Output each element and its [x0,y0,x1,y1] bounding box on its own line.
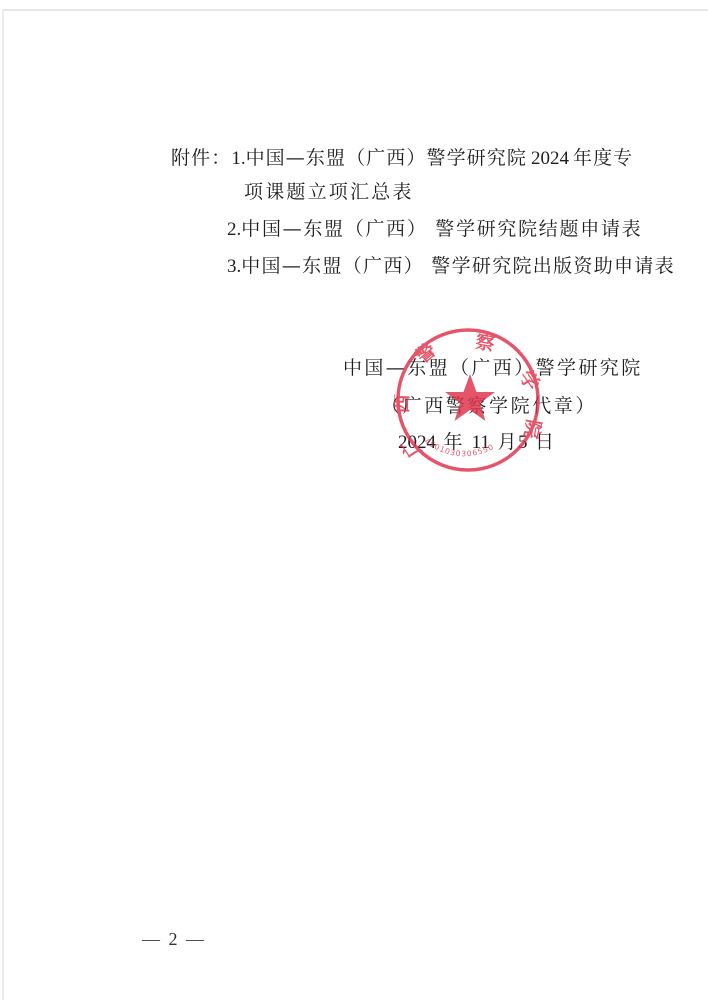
attachment-year: 2024 [531,148,569,169]
attachment-item-1-line2: 项课题立项汇总表 [244,180,414,204]
attachment-label: 附件： [171,147,231,169]
attachment-item-1-line1: 附件：1.中国—东盟（广西）警学研究院2024年度专 [171,146,633,171]
page-number: — 2 — [142,929,206,950]
attachment-text-tail: 年度专 [573,147,633,169]
signature-organization: 中国—东盟（广西）警学研究院 [343,356,643,380]
signature-date: 2024 年 11 月5 日 [398,430,556,455]
attachment-text: 中国—东盟（广西） 警学研究院出版资助申请表 [241,255,675,277]
document-body: 附件：1.中国—东盟（广西）警学研究院2024年度专 项课题立项汇总表 2.中国… [0,0,708,1000]
attachment-number: 1. [231,148,245,169]
signature-proxy-note: （广西警察学院代章） [381,394,597,418]
attachment-text: 中国—东盟（广西）警学研究院 [246,147,527,169]
attachment-text: 项课题立项汇总表 [244,181,414,203]
attachment-number: 3. [227,256,241,277]
attachment-text: 中国—东盟（广西） 警学研究院结题申请表 [241,218,642,240]
attachment-number: 2. [227,219,241,240]
attachment-item-3: 3.中国—东盟（广西） 警学研究院出版资助申请表 [227,254,675,279]
attachment-item-2: 2.中国—东盟（广西） 警学研究院结题申请表 [227,217,642,242]
